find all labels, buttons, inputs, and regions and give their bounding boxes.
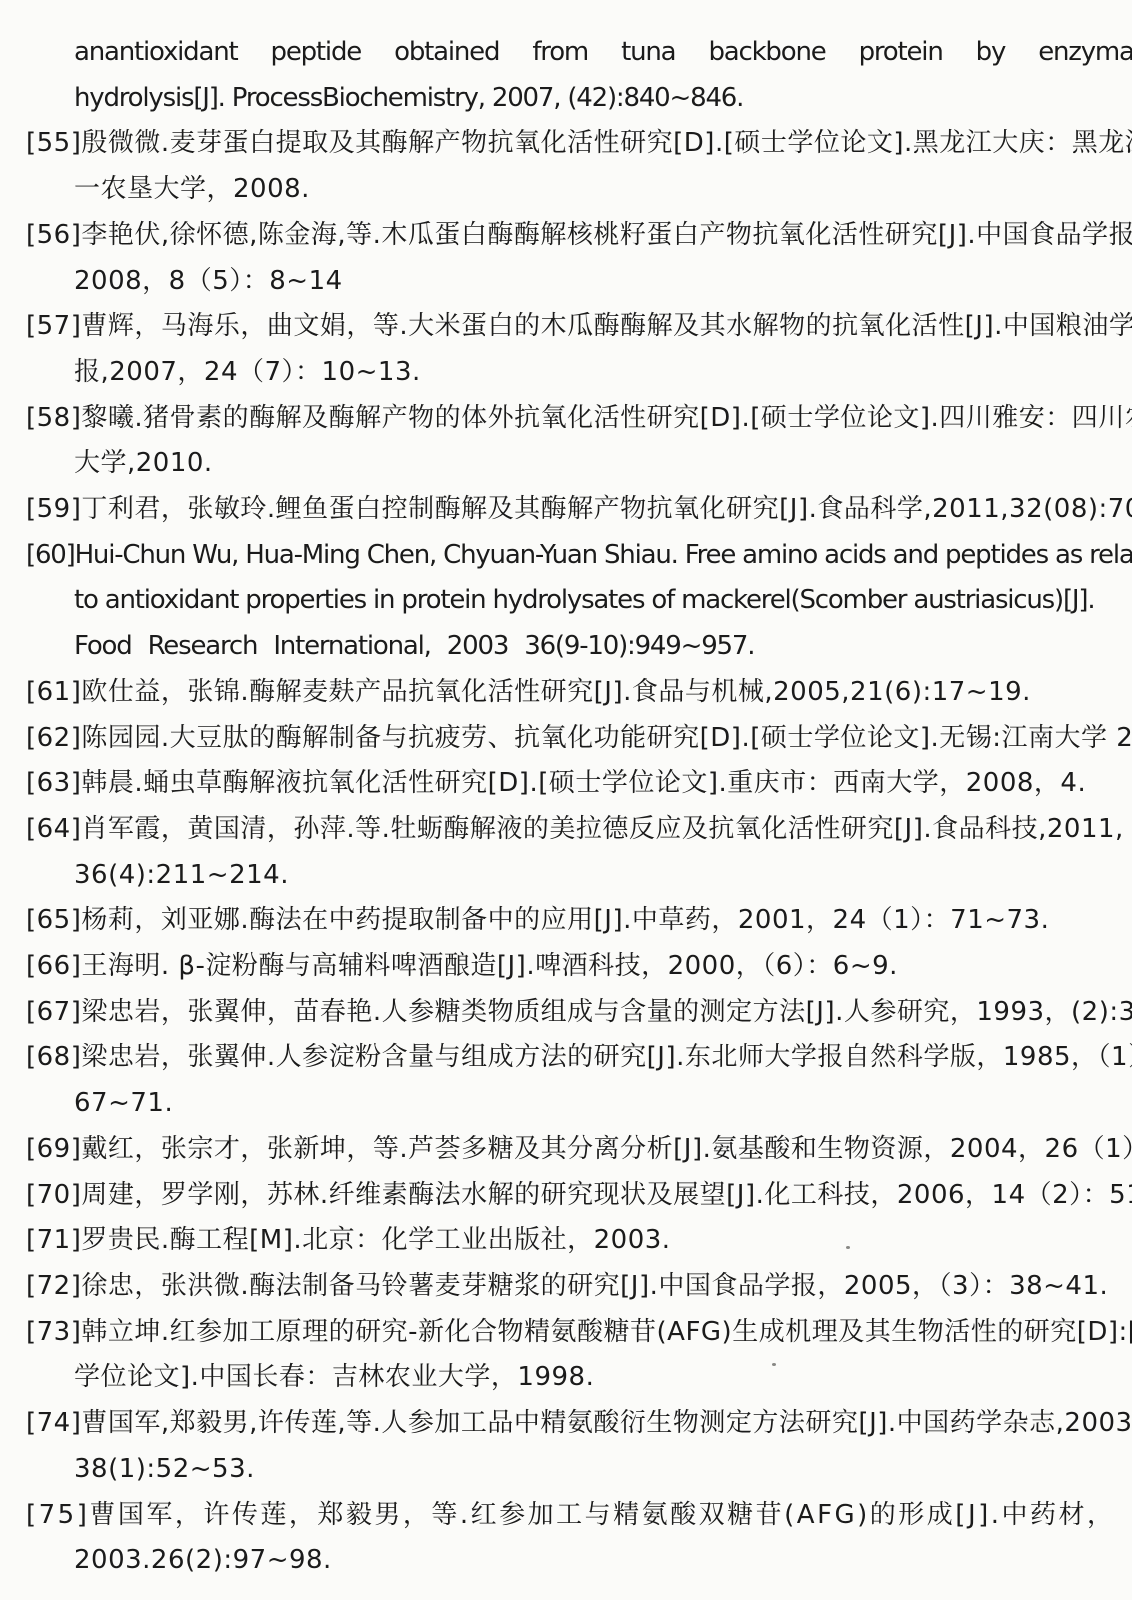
reference-69-line-1: [69]戴红，张宗才，张新坤，等.芦荟多糖及其分离分析[J].氨基酸和生物资源，… (26, 1127, 1108, 1173)
reference-56-line-2: 2008，8（5）：8~14 (26, 259, 1108, 305)
reference-59-line-1: [59]丁利君，张敏玲.鲤鱼蛋白控制酶解及其酶解产物抗氧化研究[J].食品科学,… (26, 487, 1108, 533)
reference-63-line-1: [63]韩晨.蛹虫草酶解液抗氧化活性研究[D].[硕士学位论文].重庆市：西南大… (26, 761, 1108, 807)
reference-continuation-line-2: hydrolysis[J]. ProcessBiochemistry, 2007… (26, 76, 1108, 122)
reference-75-line-1: [75]曹国军，许传莲，郑毅男，等.红参加工与精氨酸双糖苷(AFG)的形成[J]… (26, 1493, 1108, 1539)
reference-continuation-line-1: anantioxidant peptide obtained from tuna… (26, 30, 1108, 76)
reference-72-line-1: [72]徐忠，张洪微.酶法制备马铃薯麦芽糖浆的研究[J].中国食品学报，2005… (26, 1264, 1108, 1310)
scanned-reference-page: anantioxidant peptide obtained from tuna… (0, 0, 1132, 1600)
reference-list: anantioxidant peptide obtained from tuna… (26, 30, 1108, 1584)
reference-73-line-1: [73]韩立坤.红参加工原理的研究-新化合物精氨酸糖苷(AFG)生成机理及其生物… (26, 1310, 1108, 1356)
reference-55-line-1: [55]殷微微.麦芽蛋白提取及其酶解产物抗氧化活性研究[D].[硕士学位论文].… (26, 121, 1108, 167)
reference-70-line-1: [70]周建，罗学刚，苏林.纤维素酶法水解的研究现状及展望[J].化工科技，20… (26, 1173, 1108, 1219)
reference-61-line-1: [61]欧仕益，张锦.酶解麦麸产品抗氧化活性研究[J].食品与机械,2005,2… (26, 670, 1108, 716)
scan-speck (846, 1246, 850, 1249)
reference-71-line-1: [71]罗贵民.酶工程[M].北京：化学工业出版社，2003. (26, 1218, 1108, 1264)
reference-62-line-1: [62]陈园园.大豆肽的酶解制备与抗疲劳、抗氧化功能研究[D].[硕士学位论文]… (26, 716, 1108, 762)
reference-64-line-2: 36(4):211~214. (26, 853, 1108, 899)
reference-57-line-1: [57]曹辉，马海乐，曲文娟，等.大米蛋白的木瓜酶酶解及其水解物的抗氧化活性[J… (26, 304, 1108, 350)
reference-55-line-2: 一农垦大学，2008. (26, 167, 1108, 213)
reference-65-line-1: [65]杨莉，刘亚娜.酶法在中药提取制备中的应用[J].中草药，2001，24（… (26, 898, 1108, 944)
reference-64-line-1: [64]肖军霞，黄国清，孙萍.等.牡蛎酶解液的美拉德反应及抗氧化活性研究[J].… (26, 807, 1108, 853)
reference-75-line-2: 2003.26(2):97~98. (26, 1538, 1108, 1584)
reference-58-line-2: 大学,2010. (26, 441, 1108, 487)
reference-67-line-1: [67]梁忠岩，张翼伸，苗春艳.人参糖类物质组成与含量的测定方法[J].人参研究… (26, 990, 1108, 1036)
reference-74-line-1: [74]曹国军,郑毅男,许传莲,等.人参加工品中精氨酸衍生物测定方法研究[J].… (26, 1401, 1108, 1447)
reference-57-line-2: 报,2007，24（7）：10~13. (26, 350, 1108, 396)
reference-56-line-1: [56]李艳伏,徐怀德,陈金海,等.木瓜蛋白酶酶解核桃籽蛋白产物抗氧化活性研究[… (26, 213, 1108, 259)
scan-speck (772, 1363, 776, 1366)
reference-60-line-1: [60]Hui-Chun Wu, Hua-Ming Chen, Chyuan-Y… (26, 533, 1108, 579)
reference-60-line-2: to antioxidant properties in protein hyd… (26, 578, 1108, 624)
reference-58-line-1: [58]黎曦.猪骨素的酶解及酶解产物的体外抗氧化活性研究[D].[硕士学位论文]… (26, 396, 1108, 442)
reference-60-line-3: Food Research International, 2003 36(9-1… (26, 624, 1108, 670)
reference-68-line-1: [68]梁忠岩，张翼伸.人参淀粉含量与组成方法的研究[J].东北师大学报自然科学… (26, 1035, 1108, 1081)
reference-73-line-2: 学位论文].中国长春：吉林农业大学，1998. (26, 1355, 1108, 1401)
reference-74-line-2: 38(1):52~53. (26, 1447, 1108, 1493)
reference-68-line-2: 67~71. (26, 1081, 1108, 1127)
reference-66-line-1: [66]王海明. β-淀粉酶与高辅料啤酒酿造[J].啤酒科技，2000，（6）：… (26, 944, 1108, 990)
